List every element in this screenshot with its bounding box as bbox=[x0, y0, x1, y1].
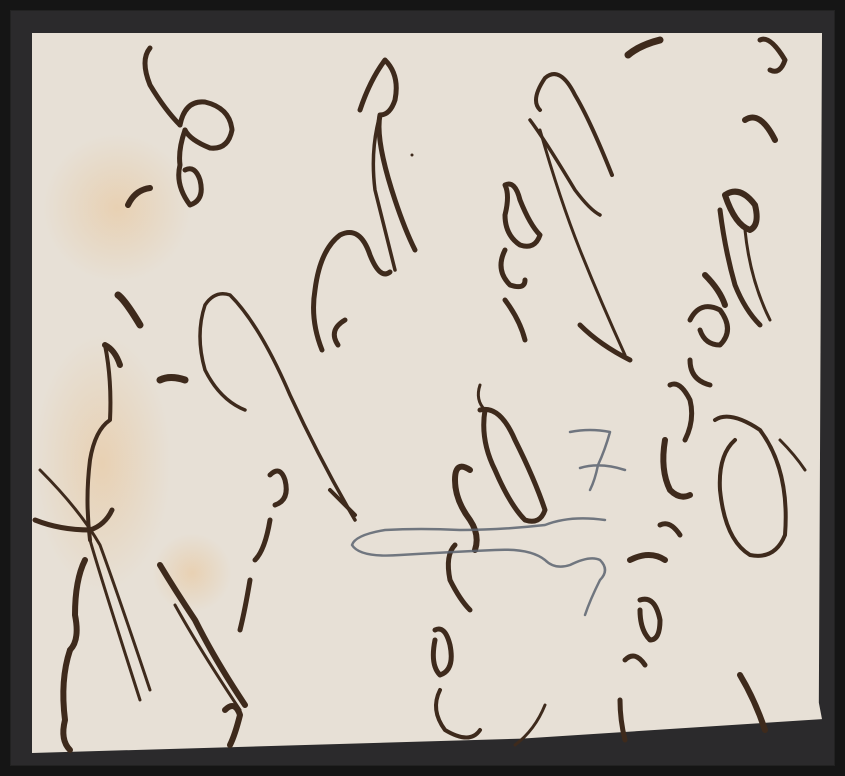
handwriting-ink bbox=[0, 0, 845, 776]
pencil-number-mark: 7 bbox=[560, 418, 620, 498]
